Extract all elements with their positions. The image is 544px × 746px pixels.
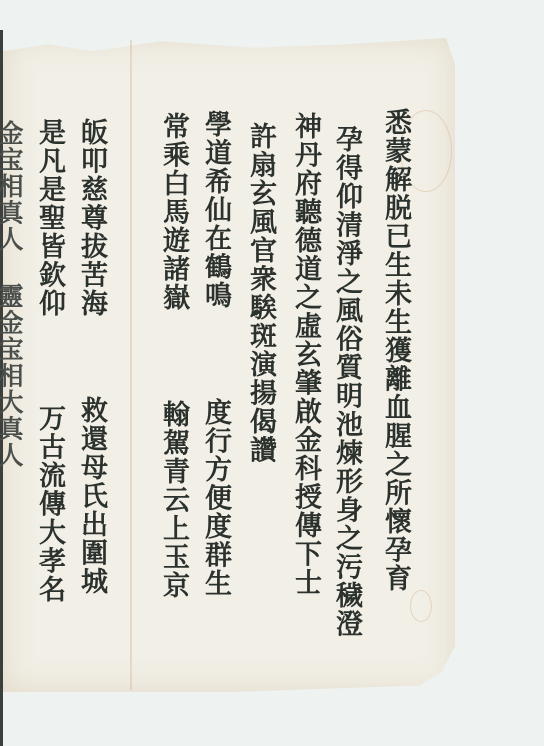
text-column-6-bottom: 𨌺駕青云上玉京 bbox=[158, 400, 188, 600]
water-stain bbox=[410, 590, 432, 622]
paper-fold-line bbox=[130, 40, 132, 690]
text-column-3: 神丹府聽德道之虛玄肇啟金科授傳下士 bbox=[290, 112, 320, 597]
text-column-7-bottom: 救還母氏出圍城 bbox=[76, 396, 106, 596]
text-column-2: 孕得仰清淨之風俗質明池煉形身之污穢澄 bbox=[331, 125, 361, 638]
text-column-6-top: 常乘白馬遊諸嶽 bbox=[158, 112, 188, 312]
text-column-8-bottom: 万古流傳大孝名 bbox=[34, 404, 64, 604]
text-column-9-partial: 金宝相真人 靈金宝相大真人 bbox=[0, 120, 24, 469]
text-column-4: 許扇玄風官衆騃斑演揚偈讚 bbox=[245, 122, 275, 464]
text-column-1: 悉蒙解脱已生未生獲離血腥之所懷孕育 bbox=[380, 108, 410, 593]
text-column-7-top: 皈叩慈尊拔苦海 bbox=[76, 118, 106, 318]
text-column-5-bottom: 度行方便度群生 bbox=[200, 398, 230, 598]
text-column-5-top: 學道希仙在鶴鳴 bbox=[200, 110, 230, 310]
text-column-8-top: 是凡是聖皆欽仰 bbox=[34, 118, 64, 318]
